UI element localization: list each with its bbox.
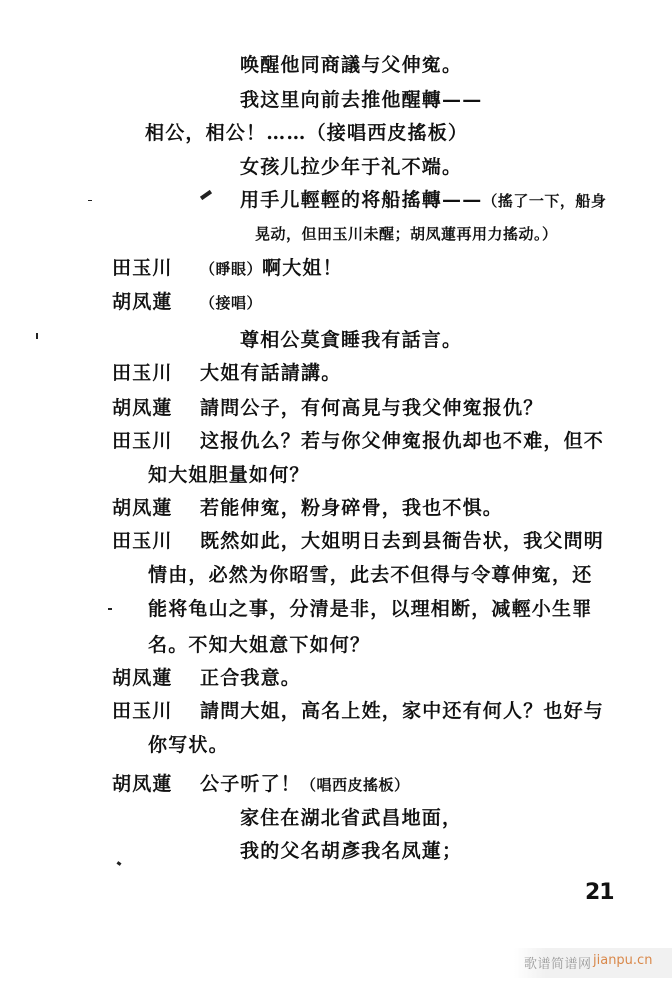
stage-direction: 晃动，但田玉川未醒；胡凤蓮再用力搖动。）: [255, 222, 558, 246]
verse-line: 唤醒他同商議与父伸寃。: [240, 53, 462, 77]
dialogue-line: 胡凤蓮若能伸寃，粉身碎骨，我也不惧。: [112, 496, 503, 520]
dialogue-text: 大姐有話請講。: [200, 362, 341, 384]
stage-direction: （接唱）: [200, 294, 262, 312]
speaker-name: 田玉川: [112, 529, 200, 553]
scan-mark: [36, 333, 38, 339]
scan-mark: [108, 608, 112, 610]
dialogue-line: 田玉川請問大姐，高名上姓，家中还有何人？也好与: [112, 699, 604, 723]
speaker-name: 胡凤蓮: [112, 666, 200, 690]
dialogue-text: 請問公子，有何高見与我父伸寃报仇？: [200, 397, 543, 419]
dialogue-line: 胡凤蓮公子听了！（唱西皮搖板）: [112, 772, 410, 797]
dialogue-text: 这报仇么？若与你父伸寃报仇却也不难，但不: [200, 430, 604, 452]
verse-line: 女孩儿拉少年于礼不端。: [240, 155, 462, 179]
verse-line: 相公，相公！……（接唱西皮搖板）: [145, 121, 468, 145]
stage-direction: （搖了一下，船身: [482, 192, 606, 210]
speaker-name: 田玉川: [112, 699, 200, 723]
verse-line: 尊相公莫貪睡我有話言。: [240, 328, 462, 352]
dialogue-line: 胡凤蓮請問公子，有何高見与我父伸寃报仇？: [112, 396, 543, 420]
speaker-name: 胡凤蓮: [112, 396, 200, 420]
dialogue-line: 田玉川（睜眼）啊大姐！: [112, 256, 343, 281]
verse-line: 我的父名胡彥我名凤蓮；: [240, 839, 462, 863]
speaker-name: 田玉川: [112, 429, 200, 453]
verse-text: 用手儿輕輕的将船搖轉——: [240, 189, 482, 211]
dialogue-line: 田玉川这报仇么？若与你父伸寃报仇却也不难，但不: [112, 429, 604, 453]
dialogue-text: 既然如此，大姐明日去到县衙告状，我父問明: [200, 530, 604, 552]
dialogue-continuation: 情由，必然为你昭雪，此去不但得与令尊伸寃，还: [148, 563, 592, 587]
verse-line: 用手儿輕輕的将船搖轉——（搖了一下，船身: [240, 188, 606, 213]
dialogue-continuation: 能将龟山之事，分清是非，以理相断，减輕小生罪: [148, 597, 592, 621]
speaker-name: 田玉川: [112, 361, 200, 385]
dialogue-line: 田玉川大姐有話請講。: [112, 361, 341, 385]
watermark-url: jianpu.cn: [593, 953, 652, 968]
watermark-text: 歌谱简谱网: [524, 953, 592, 972]
dialogue-text: 公子听了！: [200, 773, 301, 795]
verse-line: 家住在湖北省武昌地面，: [240, 806, 462, 830]
verse-line: 我这里向前去推他醒轉——: [240, 88, 482, 112]
scan-mark: [117, 861, 122, 866]
dialogue-text: 請問大姐，高名上姓，家中还有何人？也好与: [200, 700, 604, 722]
dialogue-text: 正合我意。: [200, 667, 301, 689]
dialogue-continuation: 名。不知大姐意下如何？: [148, 633, 370, 657]
stage-direction: （睜眼）: [200, 260, 262, 278]
speaker-name: 胡凤蓮: [112, 772, 200, 796]
dialogue-text: 若能伸寃，粉身碎骨，我也不惧。: [200, 497, 503, 519]
speaker-name: 胡凤蓮: [112, 496, 200, 520]
dialogue-line: 胡凤蓮正合我意。: [112, 666, 301, 690]
speaker-name: 胡凤蓮: [112, 290, 200, 314]
page-number: 21: [585, 880, 614, 905]
speaker-name: 田玉川: [112, 256, 200, 280]
dialogue-continuation: 你写状。: [148, 733, 229, 757]
dialogue-line: 胡凤蓮（接唱）: [112, 290, 262, 315]
scan-mark: [88, 200, 92, 201]
dialogue-text: 啊大姐！: [262, 257, 343, 279]
stage-direction: （唱西皮搖板）: [301, 776, 410, 794]
dialogue-line: 田玉川既然如此，大姐明日去到县衙告状，我父問明: [112, 529, 604, 553]
scan-mark: [200, 190, 212, 200]
dialogue-continuation: 知大姐胆量如何？: [148, 463, 310, 487]
